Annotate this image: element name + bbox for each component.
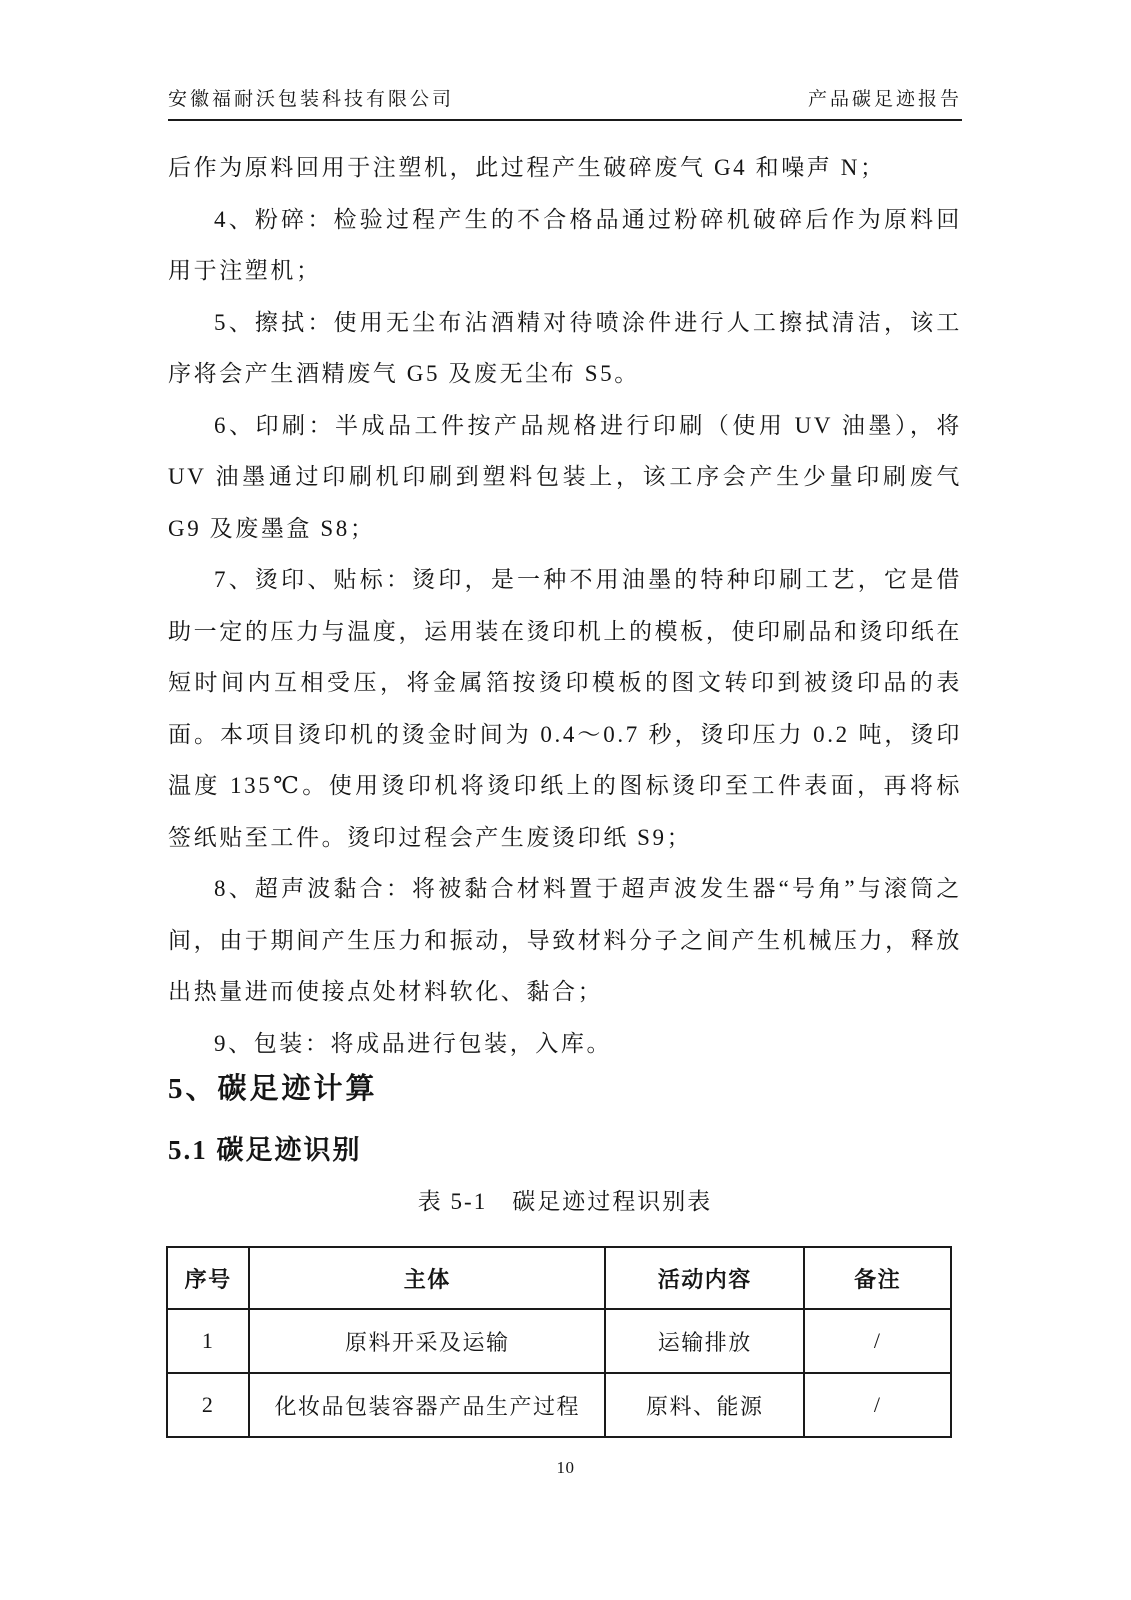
- cell-activity: 运输排放: [605, 1309, 804, 1373]
- table-row: 1 原料开采及运输 运输排放 /: [167, 1309, 951, 1373]
- paragraph: 后作为原料回用于注塑机，此过程产生破碎废气 G4 和噪声 N；: [168, 142, 962, 194]
- paragraph: 7、烫印、贴标：烫印，是一种不用油墨的特种印刷工艺，它是借助一定的压力与温度，运…: [168, 554, 962, 863]
- cell-remark: /: [804, 1373, 951, 1437]
- page-number: 10: [0, 1458, 1131, 1478]
- section-heading: 5、碳足迹计算: [168, 1066, 378, 1107]
- body-text: 后作为原料回用于注塑机，此过程产生破碎废气 G4 和噪声 N； 4、粉碎：检验过…: [168, 142, 962, 1069]
- column-header-activity: 活动内容: [605, 1247, 804, 1309]
- report-title: 产品碳足迹报告: [808, 84, 962, 111]
- cell-subject: 原料开采及运输: [249, 1309, 605, 1373]
- table-row: 2 化妆品包装容器产品生产过程 原料、能源 /: [167, 1373, 951, 1437]
- document-page: 安徽福耐沃包装科技有限公司 产品碳足迹报告 后作为原料回用于注塑机，此过程产生破…: [0, 0, 1131, 1600]
- paragraph: 5、擦拭：使用无尘布沾酒精对待喷涂件进行人工擦拭清洁，该工序将会产生酒精废气 G…: [168, 297, 962, 400]
- column-header-remark: 备注: [804, 1247, 951, 1309]
- column-header-seq: 序号: [167, 1247, 249, 1309]
- column-header-subject: 主体: [249, 1247, 605, 1309]
- paragraph: 4、粉碎：检验过程产生的不合格品通过粉碎机破碎后作为原料回用于注塑机；: [168, 194, 962, 297]
- paragraph: 8、超声波黏合：将被黏合材料置于超声波发生器“号角”与滚筒之间，由于期间产生压力…: [168, 863, 962, 1018]
- page-header: 安徽福耐沃包装科技有限公司 产品碳足迹报告: [168, 84, 962, 121]
- paragraph: 9、包装：将成品进行包装，入库。: [168, 1018, 962, 1070]
- cell-activity: 原料、能源: [605, 1373, 804, 1437]
- cell-subject: 化妆品包装容器产品生产过程: [249, 1373, 605, 1437]
- company-name: 安徽福耐沃包装科技有限公司: [168, 84, 454, 111]
- cell-remark: /: [804, 1309, 951, 1373]
- table-caption: 表 5-1 碳足迹过程识别表: [168, 1183, 962, 1216]
- carbon-footprint-identification-table: 序号 主体 活动内容 备注 1 原料开采及运输 运输排放 / 2 化妆品包装容器…: [166, 1246, 952, 1438]
- cell-seq: 1: [167, 1309, 249, 1373]
- subsection-heading: 5.1 碳足迹识别: [168, 1128, 362, 1167]
- paragraph: 6、印刷：半成品工件按产品规格进行印刷（使用 UV 油墨），将 UV 油墨通过印…: [168, 400, 962, 555]
- cell-seq: 2: [167, 1373, 249, 1437]
- table-header-row: 序号 主体 活动内容 备注: [167, 1247, 951, 1309]
